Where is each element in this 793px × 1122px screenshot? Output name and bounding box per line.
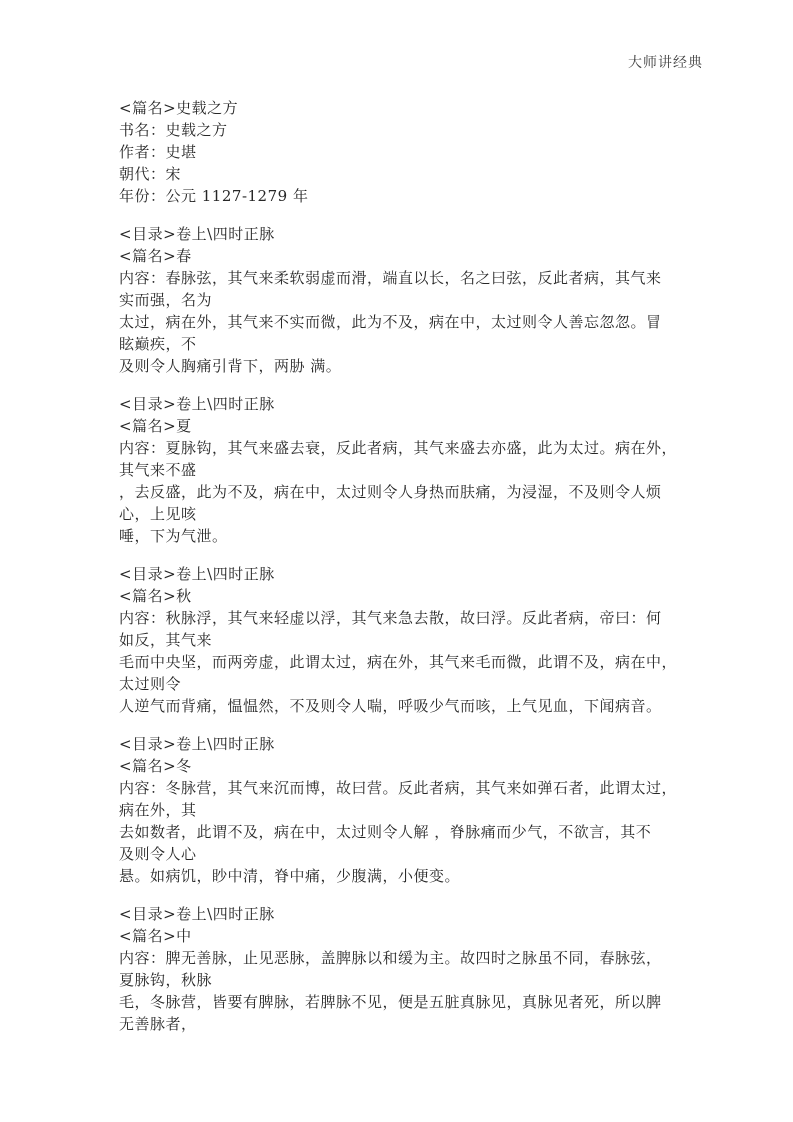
toc-line: <目录>卷上\四时正脉 (119, 733, 703, 755)
content-line: 唾，下为气泄。 (119, 525, 703, 547)
meta-line: 作者：史堪 (119, 141, 703, 163)
doc-header-brand: 大师讲经典 (119, 55, 703, 71)
text-section: <目录>卷上\四时正脉 <篇名>春 内容：春脉弦，其气来柔软弱虚而滑，端直以长，… (119, 223, 703, 377)
chapter-title-line: <篇名>春 (119, 245, 703, 267)
meta-line: 书名：史载之方 (119, 119, 703, 141)
text-section: <目录>卷上\四时正脉 <篇名>秋 内容：秋脉浮，其气来轻虚以浮，其气来急去散，… (119, 563, 703, 717)
content-line: 悬。如病饥，眇中清，脊中痛，少腹满，小便变。 (119, 865, 703, 887)
content-line: 太过，病在外，其气来不实而微，此为不及，病在中，太过则令人善忘忽忽。冒 (119, 311, 703, 333)
toc-line: <目录>卷上\四时正脉 (119, 563, 703, 585)
text-section: <目录>卷上\四时正脉 <篇名>夏 内容：夏脉钩，其气来盛去衰，反此者病，其气来… (119, 393, 703, 547)
chapter-title-line: <篇名>冬 (119, 755, 703, 777)
toc-line: <目录>卷上\四时正脉 (119, 393, 703, 415)
content-line: 去如数者，此谓不及，病在中，太过则令人解 ，脊脉痛而少气，不欲言，其不 (119, 821, 703, 843)
content-line: 毛，冬脉营，皆要有脾脉，若脾脉不见，便是五脏真脉见，真脉见者死，所以脾 (119, 991, 703, 1013)
chapter-title-line: <篇名>秋 (119, 585, 703, 607)
content-line: 如反，其气来 (119, 629, 703, 651)
content-line: ，去反盛，此为不及，病在中，太过则令人身热而肤痛，为浸湿，不及则令人烦 (119, 481, 703, 503)
sections: <目录>卷上\四时正脉 <篇名>春 内容：春脉弦，其气来柔软弱虚而滑，端直以长，… (119, 223, 703, 1035)
meta-block: <篇名>史载之方书名：史载之方作者：史堪朝代：宋年份：公元 1127-1279 … (119, 97, 703, 207)
content-line: 实而强，名为 (119, 289, 703, 311)
meta-line: 年份：公元 1127-1279 年 (119, 185, 703, 207)
content-line: 及则令人胸痛引背下，两胁 满。 (119, 355, 703, 377)
content-line: 眩巅疾，不 (119, 333, 703, 355)
meta-line: 朝代：宋 (119, 163, 703, 185)
section-content: 内容：秋脉浮，其气来轻虚以浮，其气来急去散，故曰浮。反此者病，帝曰：何如反，其气… (119, 607, 703, 717)
content-line: 毛而中央坚，而两旁虚，此谓太过，病在外，其气来毛而微，此谓不及，病在中， (119, 651, 703, 673)
section-content: 内容：春脉弦，其气来柔软弱虚而滑，端直以长，名之曰弦，反此者病，其气来实而强，名… (119, 267, 703, 377)
content-line: 内容：春脉弦，其气来柔软弱虚而滑，端直以长，名之曰弦，反此者病，其气来 (119, 267, 703, 289)
content-line: 其气来不盛 (119, 459, 703, 481)
section-content: 内容：夏脉钩，其气来盛去衰，反此者病，其气来盛去亦盛，此为太过。病在外，其气来不… (119, 437, 703, 547)
document-page: 大师讲经典 <篇名>史载之方书名：史载之方作者：史堪朝代：宋年份：公元 1127… (0, 0, 793, 1122)
content-line: 内容：夏脉钩，其气来盛去衰，反此者病，其气来盛去亦盛，此为太过。病在外， (119, 437, 703, 459)
chapter-title-line: <篇名>夏 (119, 415, 703, 437)
content-line: 内容：冬脉营，其气来沉而博，故曰营。反此者病，其气来如弹石者，此谓太过， (119, 777, 703, 799)
text-section: <目录>卷上\四时正脉 <篇名>冬 内容：冬脉营，其气来沉而博，故曰营。反此者病… (119, 733, 703, 887)
toc-line: <目录>卷上\四时正脉 (119, 223, 703, 245)
content-line: 太过则令 (119, 673, 703, 695)
chapter-title-line: <篇名>中 (119, 925, 703, 947)
content-line: 病在外，其 (119, 799, 703, 821)
toc-line: <目录>卷上\四时正脉 (119, 903, 703, 925)
content-line: 夏脉钩，秋脉 (119, 969, 703, 991)
content-line: 心，上见咳 (119, 503, 703, 525)
meta-line: <篇名>史载之方 (119, 97, 703, 119)
text-section: <目录>卷上\四时正脉 <篇名>中 内容：脾无善脉，止见恶脉，盖脾脉以和缓为主。… (119, 903, 703, 1035)
content-line: 及则令人心 (119, 843, 703, 865)
content-line: 人逆气而背痛，愠愠然，不及则令人喘，呼吸少气而咳，上气见血，下闻病音。 (119, 695, 703, 717)
content-line: 内容：脾无善脉，止见恶脉，盖脾脉以和缓为主。故四时之脉虽不同，春脉弦， (119, 947, 703, 969)
section-content: 内容：脾无善脉，止见恶脉，盖脾脉以和缓为主。故四时之脉虽不同，春脉弦，夏脉钩，秋… (119, 947, 703, 1035)
content-line: 无善脉者， (119, 1013, 703, 1035)
content-line: 内容：秋脉浮，其气来轻虚以浮，其气来急去散，故曰浮。反此者病，帝曰：何 (119, 607, 703, 629)
section-content: 内容：冬脉营，其气来沉而博，故曰营。反此者病，其气来如弹石者，此谓太过，病在外，… (119, 777, 703, 887)
